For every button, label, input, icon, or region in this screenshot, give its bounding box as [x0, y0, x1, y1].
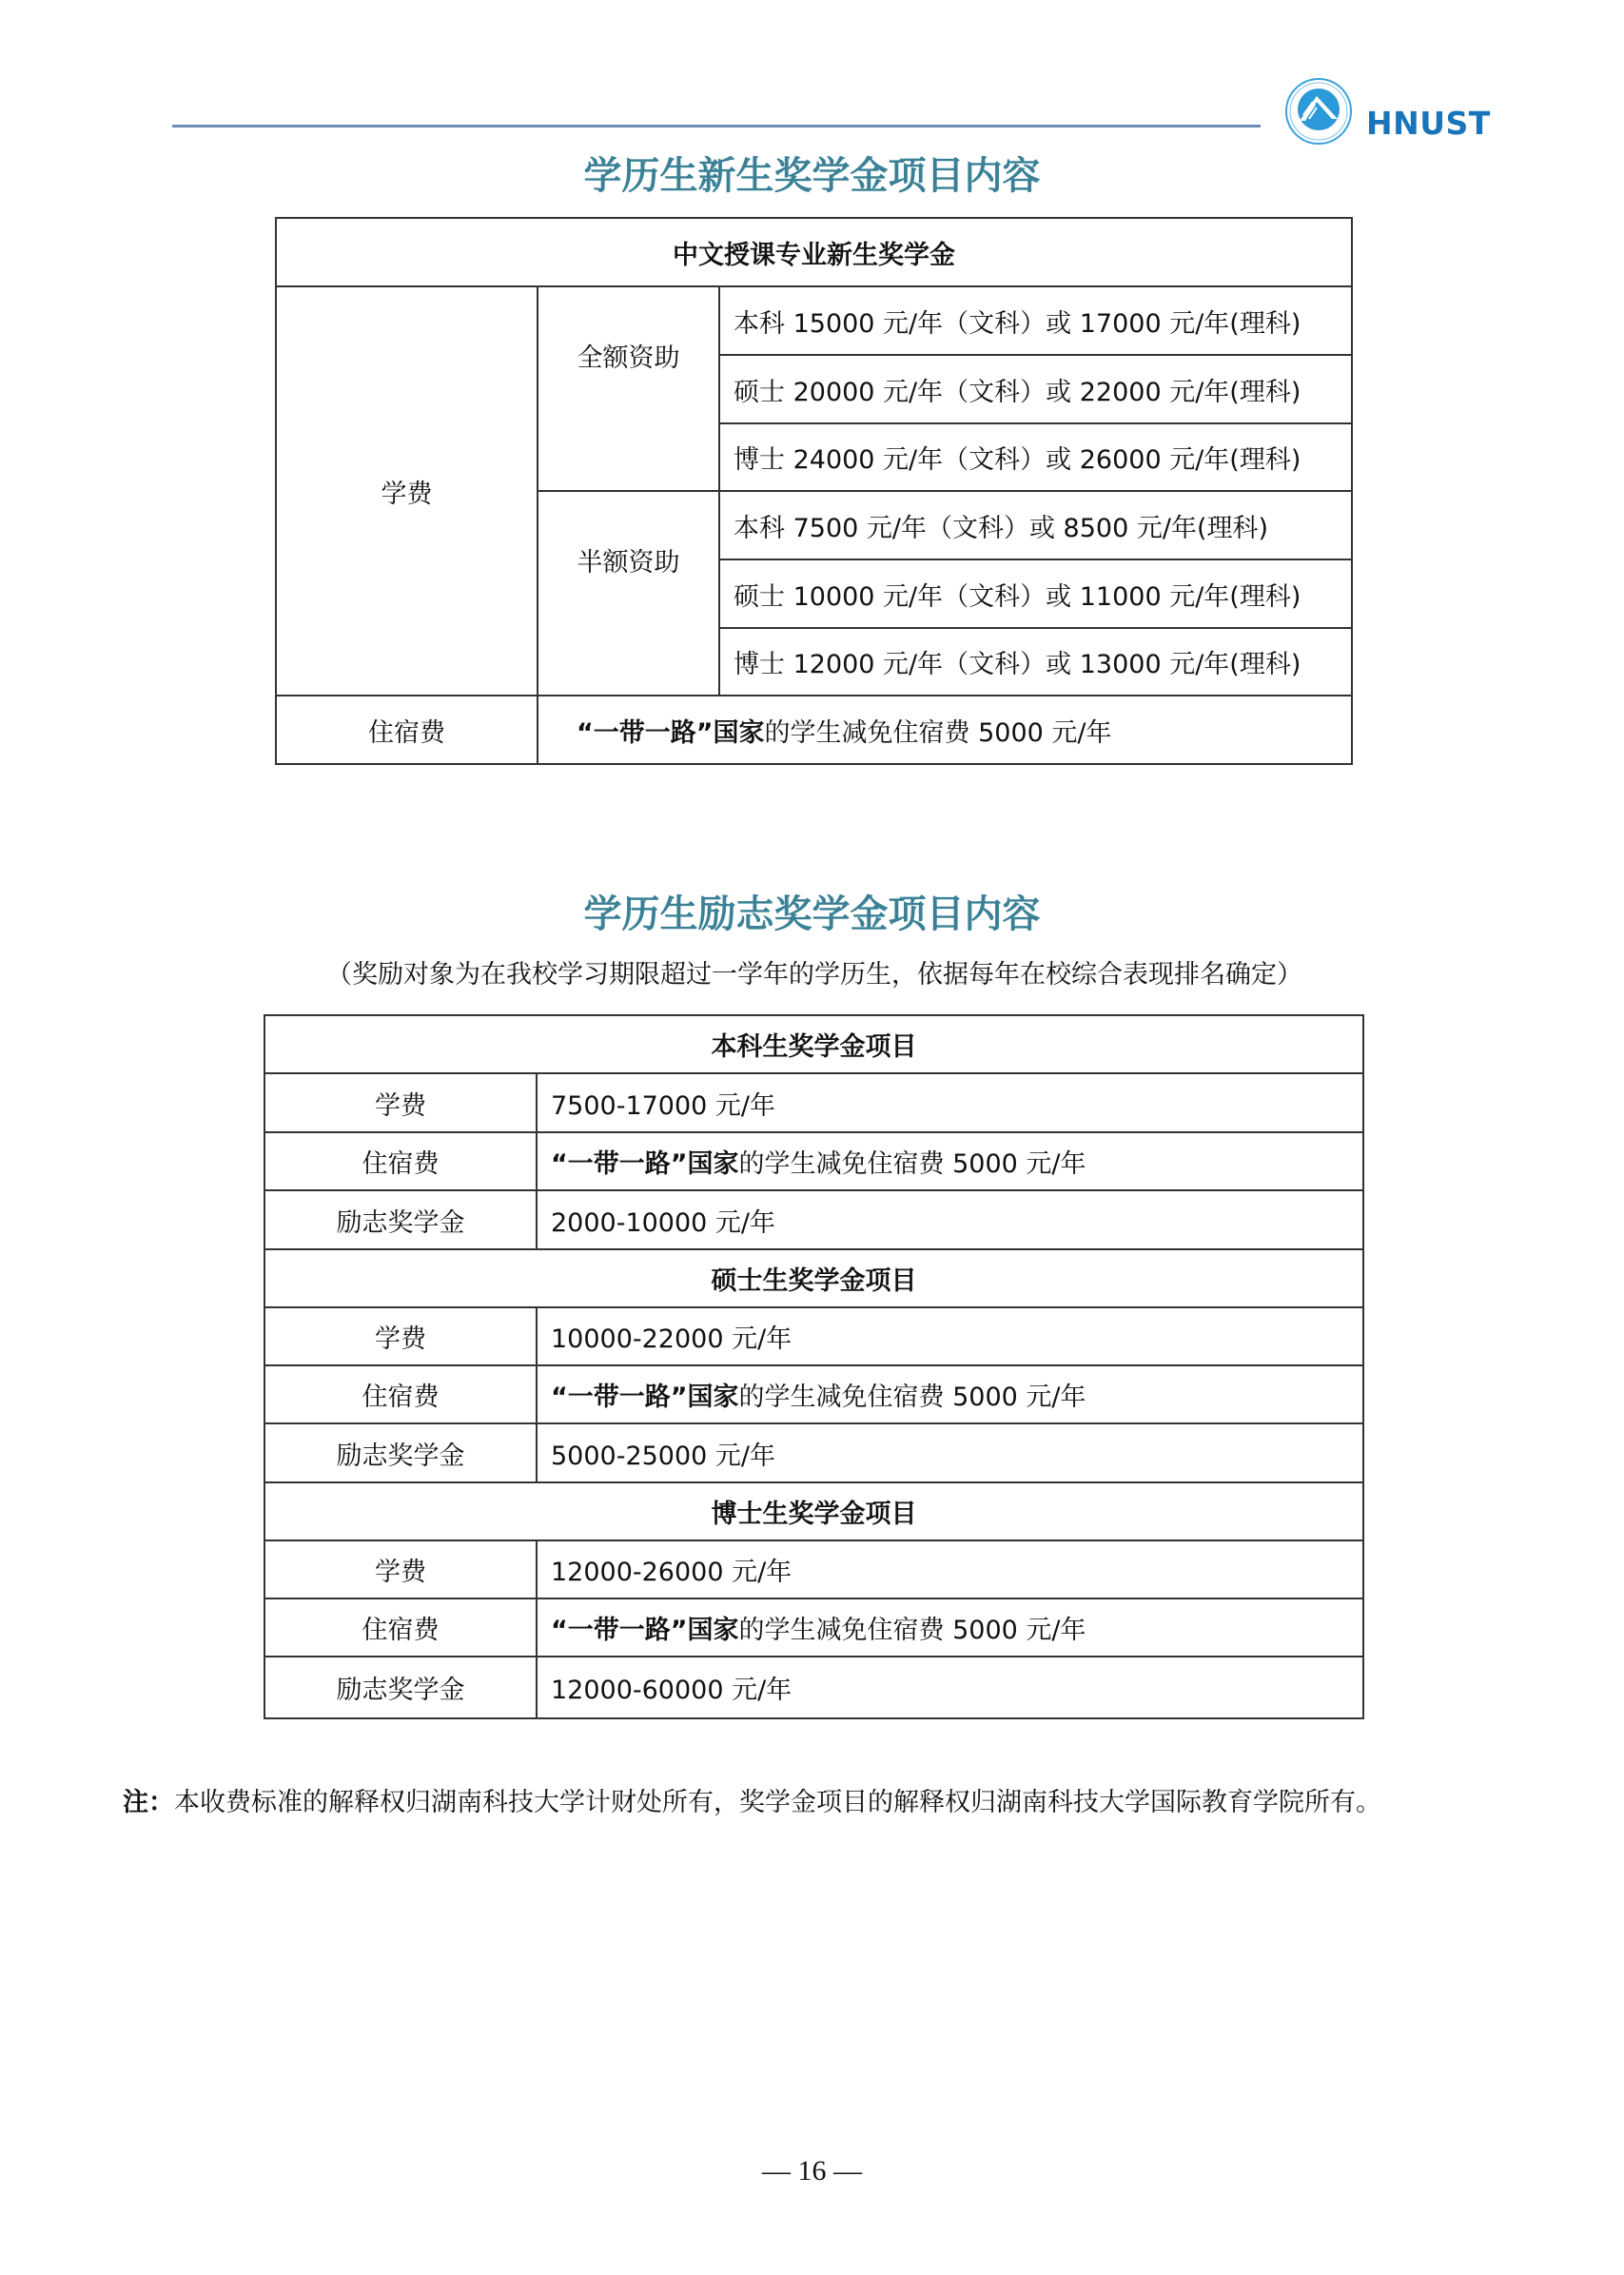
- tuition-label: 学费: [276, 286, 538, 696]
- belt-road-text: “一带一路”: [551, 1149, 688, 1179]
- table-row: 学费 7500-17000 元/年: [264, 1073, 1363, 1132]
- housing-label: 住宿费: [264, 1365, 537, 1423]
- full-funding-master: 硕士 20000 元/年（文科）或 22000 元/年(理科): [719, 355, 1352, 423]
- table-row: 学费 10000-22000 元/年: [264, 1307, 1363, 1365]
- tuition-value: 7500-17000 元/年: [537, 1073, 1363, 1132]
- footnote-label: 注：: [123, 1788, 174, 1817]
- section2-subtitle: （奖励对象为在我校学习期限超过一学年的学历生，依据每年在校综合表现排名确定）: [0, 958, 1624, 992]
- table-header: 中文授课专业新生奖学金: [276, 218, 1352, 286]
- merit-label: 励志奖学金: [264, 1423, 537, 1482]
- merit-value: 12000-60000 元/年: [537, 1657, 1363, 1718]
- tuition-label: 学费: [264, 1307, 537, 1365]
- group-header-row: 本科生奖学金项目: [264, 1015, 1363, 1073]
- housing-label: 住宿费: [264, 1598, 537, 1657]
- university-seal-icon: [1284, 77, 1353, 146]
- housing-value: “一带一路”国家的学生减免住宿费 5000 元/年: [537, 1132, 1363, 1190]
- header-rule: [172, 125, 1261, 127]
- group-header-row: 博士生奖学金项目: [264, 1482, 1363, 1540]
- housing-value: “一带一路”国家的学生减免住宿费 5000 元/年: [538, 696, 1352, 764]
- bachelor-group-header: 本科生奖学金项目: [264, 1015, 1363, 1073]
- table-row: 励志奖学金 12000-60000 元/年: [264, 1657, 1363, 1718]
- table-row: 住宿费 “一带一路”国家的学生减免住宿费 5000 元/年: [264, 1365, 1363, 1423]
- table-row: 住宿费 “一带一路”国家的学生减免住宿费 5000 元/年: [264, 1132, 1363, 1190]
- table-row: 励志奖学金 2000-10000 元/年: [264, 1190, 1363, 1249]
- section1-title: 学历生新生奖学金项目内容: [0, 153, 1624, 199]
- housing-rest: 的学生减免住宿费 5000 元/年: [739, 1383, 1086, 1412]
- housing-value: “一带一路”国家的学生减免住宿费 5000 元/年: [537, 1598, 1363, 1657]
- table-row: 住宿费 “一带一路”国家的学生减免住宿费 5000 元/年: [276, 696, 1352, 764]
- full-funding-bachelor: 本科 15000 元/年（文科）或 17000 元/年(理科): [719, 286, 1352, 355]
- table-row: 学费 12000-26000 元/年: [264, 1540, 1363, 1598]
- table-row: 住宿费 “一带一路”国家的学生减免住宿费 5000 元/年: [264, 1598, 1363, 1657]
- footnote-text: 本收费标准的解释权归湖南科技大学计财处所有，奖学金项目的解释权归湖南科技大学国际…: [174, 1788, 1381, 1817]
- half-funding-doctor: 博士 12000 元/年（文科）或 13000 元/年(理科): [719, 628, 1352, 696]
- merit-label: 励志奖学金: [264, 1657, 537, 1718]
- full-funding-label: 全额资助: [538, 286, 719, 491]
- half-funding-master: 硕士 10000 元/年（文科）或 11000 元/年(理科): [719, 559, 1352, 628]
- country-text: 国家: [714, 718, 765, 748]
- half-funding-bachelor: 本科 7500 元/年（文科）或 8500 元/年(理科): [719, 491, 1352, 559]
- footnote: 注：本收费标准的解释权归湖南科技大学计财处所有，奖学金项目的解释权归湖南科技大学…: [123, 1785, 1381, 1821]
- country-text: 国家: [688, 1149, 739, 1179]
- merit-scholarship-table: 本科生奖学金项目 学费 7500-17000 元/年 住宿费 “一带一路”国家的…: [264, 1014, 1364, 1719]
- belt-road-text: “一带一路”: [577, 718, 714, 748]
- belt-road-text: “一带一路”: [551, 1383, 688, 1412]
- tuition-label: 学费: [264, 1540, 537, 1598]
- tuition-value: 10000-22000 元/年: [537, 1307, 1363, 1365]
- brand-wordmark: HNUST: [1366, 105, 1491, 143]
- merit-value: 2000-10000 元/年: [537, 1190, 1363, 1249]
- housing-rest: 的学生减免住宿费 5000 元/年: [765, 718, 1112, 748]
- housing-label: 住宿费: [276, 696, 538, 764]
- housing-rest: 的学生减免住宿费 5000 元/年: [739, 1616, 1086, 1645]
- half-funding-label: 半额资助: [538, 491, 719, 696]
- master-group-header: 硕士生奖学金项目: [264, 1249, 1363, 1307]
- tuition-label: 学费: [264, 1073, 537, 1132]
- housing-rest: 的学生减免住宿费 5000 元/年: [739, 1149, 1086, 1179]
- full-funding-doctor: 博士 24000 元/年（文科）或 26000 元/年(理科): [719, 423, 1352, 491]
- doctor-group-header: 博士生奖学金项目: [264, 1482, 1363, 1540]
- housing-value: “一带一路”国家的学生减免住宿费 5000 元/年: [537, 1365, 1363, 1423]
- merit-label: 励志奖学金: [264, 1190, 537, 1249]
- table-row: 励志奖学金 5000-25000 元/年: [264, 1423, 1363, 1482]
- section2-title: 学历生励志奖学金项目内容: [0, 892, 1624, 937]
- group-header-row: 硕士生奖学金项目: [264, 1249, 1363, 1307]
- freshman-scholarship-table: 中文授课专业新生奖学金 学费 全额资助 本科 15000 元/年（文科）或 17…: [275, 217, 1353, 765]
- table-row: 学费 全额资助 本科 15000 元/年（文科）或 17000 元/年(理科): [276, 286, 1352, 355]
- merit-value: 5000-25000 元/年: [537, 1423, 1363, 1482]
- page-number: — 16 —: [0, 2154, 1624, 2188]
- country-text: 国家: [688, 1616, 739, 1645]
- table-header-row: 中文授课专业新生奖学金: [276, 218, 1352, 286]
- housing-label: 住宿费: [264, 1132, 537, 1190]
- belt-road-text: “一带一路”: [551, 1616, 688, 1645]
- country-text: 国家: [688, 1383, 739, 1412]
- tuition-value: 12000-26000 元/年: [537, 1540, 1363, 1598]
